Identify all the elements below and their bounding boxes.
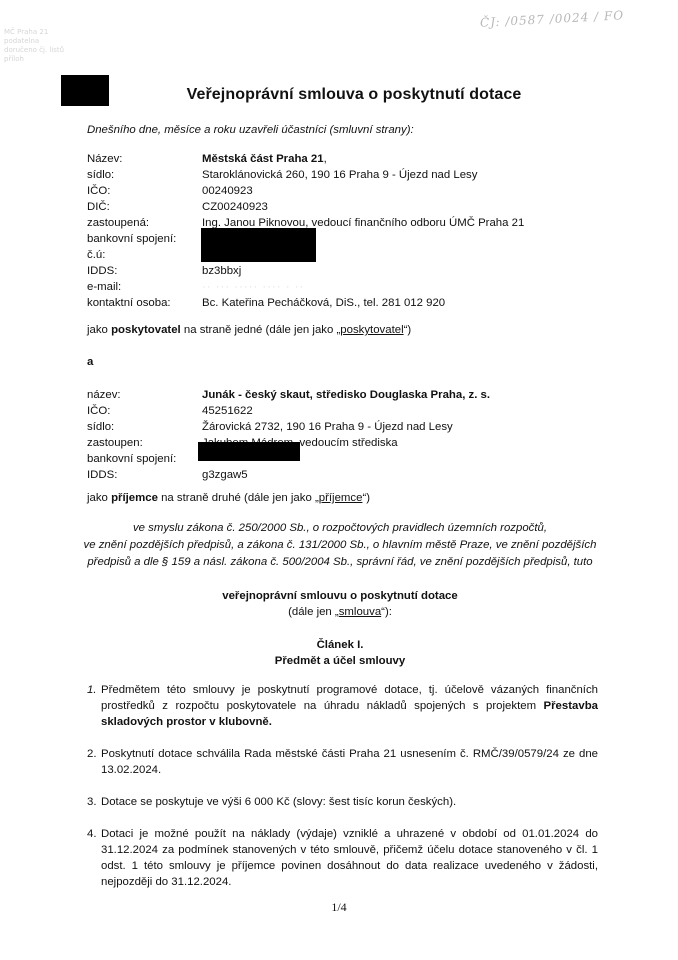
- article-items: 1. Předmětem této smlouvy je poskytnutí …: [87, 682, 598, 906]
- article-title: Předmět a účel smlouvy: [60, 653, 620, 669]
- provider-row-representative: zastoupená: Ing. Janou Piknovou, vedoucí…: [87, 215, 597, 231]
- recipient-details: název: Junák - český skaut, středisko Do…: [87, 387, 597, 483]
- provider-row-idds: IDDS: bz3bbxj: [87, 263, 597, 279]
- redacted-bank-account-recipient: [198, 442, 300, 461]
- recipient-row-representative: zastoupen: Jakubem Mádrem, vedoucím stře…: [87, 435, 597, 451]
- provider-row-name: Název: Městská část Praha 21,: [87, 151, 597, 167]
- faded-email: ·· ··· ····· ···· · ··: [202, 279, 597, 295]
- recipient-row-ico: IČO: 45251622: [87, 403, 597, 419]
- intro-sentence: Dnešního dne, měsíce a roku uzavřeli úča…: [87, 124, 414, 136]
- provider-details: Název: Městská část Praha 21, sídlo: Sta…: [87, 151, 597, 311]
- provider-row-contact: kontaktní osoba: Bc. Kateřina Pecháčková…: [87, 295, 597, 311]
- contract-name: veřejnoprávní smlouvu o poskytnutí dotac…: [60, 588, 620, 604]
- recipient-row-name: název: Junák - český skaut, středisko Do…: [87, 387, 597, 403]
- provider-name: Městská část Praha 21: [202, 153, 324, 165]
- article-item: 4. Dotaci je možné použít na náklady (vý…: [87, 826, 598, 890]
- article-item: 3. Dotace se poskytuje ve výši 6 000 Kč …: [87, 794, 598, 810]
- recipient-name: Junák - český skaut, středisko Douglaska…: [202, 387, 597, 403]
- faded-receipt-stamp: MČ Praha 21 podatelna doručeno čj. listů…: [4, 28, 70, 64]
- handwritten-reference-number: ČJ: /0587 /0024 / FO: [480, 8, 625, 30]
- provider-row-ico: IČO: 00240923: [87, 183, 597, 199]
- article-number: Článek I.: [60, 637, 620, 653]
- provider-row-address: sídlo: Staroklánovická 260, 190 16 Praha…: [87, 167, 597, 183]
- redacted-bank-account-provider: [201, 228, 316, 262]
- page-number: 1/4: [0, 900, 678, 915]
- provider-row-bank: bankovní spojení:: [87, 231, 597, 247]
- recipient-row-address: sídlo: Žárovická 2732, 190 16 Praha 9 - …: [87, 419, 597, 435]
- contract-short-name: (dále jen „smlouva“):: [60, 604, 620, 620]
- article-item: 2. Poskytnutí dotace schválila Rada měst…: [87, 746, 598, 778]
- legal-basis: ve smyslu zákona č. 250/2000 Sb., o rozp…: [60, 520, 620, 571]
- recipient-role-line: jako příjemce na straně druhé (dále jen …: [87, 490, 597, 506]
- provider-row-dic: DIČ: CZ00240923: [87, 199, 597, 215]
- article-item: 1. Předmětem této smlouvy je poskytnutí …: [87, 682, 598, 730]
- recipient-row-bank: bankovní spojení:: [87, 451, 597, 467]
- provider-row-account: č.ú:: [87, 247, 597, 263]
- document-title: Veřejnoprávní smlouva o poskytnutí dotac…: [0, 86, 678, 104]
- provider-row-email: e-mail: ·· ··· ····· ···· · ··: [87, 279, 597, 295]
- recipient-row-idds: IDDS: g3zgaw5: [87, 467, 597, 483]
- conjunction: a: [87, 354, 597, 370]
- provider-role-line: jako poskytovatel na straně jedné (dále …: [87, 322, 597, 338]
